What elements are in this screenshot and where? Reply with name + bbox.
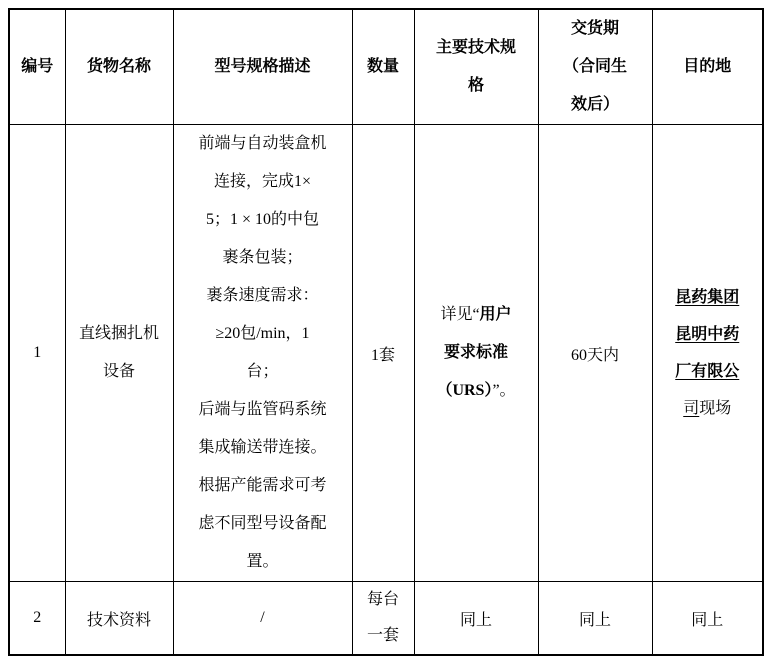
- destination-line-2: 昆明中药: [653, 316, 763, 353]
- destination-underline-part: 司: [683, 400, 699, 417]
- header-tech-spec-lines: 主要技术规格: [415, 29, 538, 105]
- header-quantity: 数量: [352, 9, 414, 125]
- tech-spec-bold-2: 要求标准: [444, 344, 508, 361]
- destination-line-1: 昆药集团: [653, 279, 763, 316]
- row1-destination-block: 昆药集团 昆明中药 厂有限公 司现场: [653, 279, 763, 427]
- row2-model-spec-cell: /: [173, 582, 352, 656]
- row2-quantity-cell: 每台一套: [352, 582, 414, 656]
- tech-spec-prefix: 详见“: [440, 306, 479, 323]
- row1-number-cell: 1: [9, 125, 65, 582]
- header-tech-spec: 主要技术规格: [414, 9, 538, 125]
- header-goods-name: 货物名称: [65, 9, 173, 125]
- row2-quantity-lines: 每台一套: [353, 582, 414, 654]
- row1-destination-cell: 昆药集团 昆明中药 厂有限公 司现场: [652, 125, 763, 582]
- header-number: 编号: [9, 9, 65, 125]
- row1-model-spec-cell: 前端与自动装盒机连接，完成1×5；1 × 10的中包裹条包装；裹条速度需求：≥2…: [173, 125, 352, 582]
- row1-quantity-cell: 1套: [352, 125, 414, 582]
- destination-bold-1: 昆药集团: [675, 289, 739, 306]
- table-row-1: 1 直线捆扎机设备 前端与自动装盒机连接，完成1×5；1 × 10的中包裹条包装…: [9, 125, 763, 582]
- row1-model-spec-lines: 前端与自动装盒机连接，完成1×5；1 × 10的中包裹条包装；裹条速度需求：≥2…: [174, 125, 352, 581]
- row2-goods-name-cell: 技术资料: [65, 582, 173, 656]
- destination-plain-part: 现场: [699, 400, 731, 417]
- row1-tech-spec-line-2: 要求标准: [415, 334, 538, 372]
- row2-delivery-cell: 同上: [538, 582, 652, 656]
- header-model-spec: 型号规格描述: [173, 9, 352, 125]
- goods-table: 编号 货物名称 型号规格描述 数量 主要技术规格 交货期（合同生效后） 目的地 …: [8, 8, 764, 656]
- document-page: 编号 货物名称 型号规格描述 数量 主要技术规格 交货期（合同生效后） 目的地 …: [0, 0, 772, 664]
- row2-destination-cell: 同上: [652, 582, 763, 656]
- destination-bold-2: 昆明中药: [675, 326, 739, 343]
- row1-tech-spec-line-3: （URS）”。: [415, 372, 538, 410]
- header-delivery-period: 交货期（合同生效后）: [538, 9, 652, 125]
- row1-tech-spec-cell: 详见“用户 要求标准 （URS）”。: [414, 125, 538, 582]
- row1-delivery-cell: 60天内: [538, 125, 652, 582]
- tech-spec-bold-1: 用户: [480, 306, 512, 323]
- row2-number-cell: 2: [9, 582, 65, 656]
- row1-tech-spec-line-1: 详见“用户: [415, 296, 538, 334]
- destination-line-4: 司现场: [653, 390, 763, 427]
- destination-bold-3: 厂有限公: [675, 363, 739, 380]
- tech-spec-bold-3: （URS）: [436, 382, 492, 399]
- header-row: 编号 货物名称 型号规格描述 数量 主要技术规格 交货期（合同生效后） 目的地: [9, 9, 763, 125]
- header-delivery-lines: 交货期（合同生效后）: [539, 10, 652, 124]
- row1-goods-name-cell: 直线捆扎机设备: [65, 125, 173, 582]
- destination-line-3: 厂有限公: [653, 353, 763, 390]
- tech-spec-suffix: ”。: [492, 382, 515, 399]
- header-destination: 目的地: [652, 9, 763, 125]
- row1-goods-name-lines: 直线捆扎机设备: [66, 315, 173, 391]
- table-row-2: 2 技术资料 / 每台一套 同上 同上 同上: [9, 582, 763, 656]
- row2-tech-spec-cell: 同上: [414, 582, 538, 656]
